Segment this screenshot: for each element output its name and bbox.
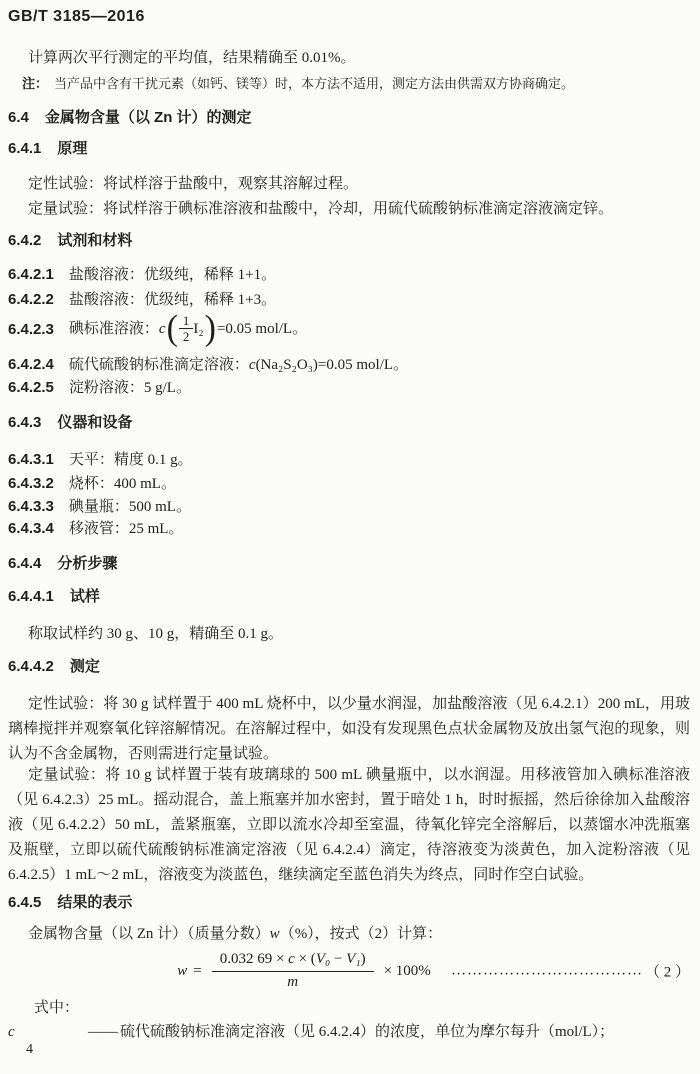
clause-6-4-3-4: 6.4.3.4移液管：25 mL。 — [8, 518, 690, 540]
standard-document-page: { "header": { "doc_code": "GB/T 3185—201… — [0, 0, 700, 1074]
section-number: 6.4.5 — [8, 894, 41, 911]
section-title: 金属物含量（以 Zn 计）的测定 — [45, 109, 252, 126]
note-label: 注： — [22, 76, 48, 91]
clause-number: 6.4.3.1 — [8, 451, 54, 468]
where-label: 式中： — [8, 996, 690, 1017]
clause-text: 移液管：25 mL。 — [69, 521, 184, 537]
section-number: 6.4.4.2 — [8, 658, 54, 675]
equation-number: （ 2 ） — [645, 961, 690, 982]
section-title: 分析步骤 — [57, 555, 117, 572]
numerator-coefficient: 0.032 69 × — [220, 951, 288, 967]
variable-symbol: c — [8, 1024, 88, 1041]
clause-6-4-3-3: 6.4.3.3碘量瓶：500 mL。 — [8, 496, 690, 518]
equation-reference: ………………………………（ 2 ） — [451, 961, 690, 982]
result-intro-pre: 金属物含量（以 Zn 计）（质量分数） — [28, 926, 270, 942]
section-number: 6.4.4.1 — [8, 588, 54, 605]
qualitative-test-paragraph: 定性试验：将 30 g 试样置于 400 mL 烧杯中，以少量水润湿，加盐酸溶液… — [8, 692, 690, 767]
clause-number: 6.4.3.3 — [8, 498, 54, 515]
section-number: 6.4.2 — [8, 232, 41, 249]
doc-code: GB/T 3185—2016 — [8, 8, 690, 26]
clause-number: 6.4.2.5 — [8, 379, 54, 396]
variable-definition-c: c——硫代硫酸钠标准滴定溶液（见 6.4.2.4）的浓度，单位为摩尔每升（mol… — [8, 1020, 690, 1041]
section-heading-6-4-5: 6.4.5结果的表示 — [8, 893, 690, 913]
section-title: 结果的表示 — [57, 894, 132, 911]
numerator-v1: V₁ — [346, 951, 360, 967]
formula-2: w = 0.032 69 × c × (V₀ − V₁) m × 100% ……… — [8, 948, 690, 994]
concentration-symbol: c — [249, 357, 256, 373]
clause-number: 6.4.2.3 — [8, 319, 54, 340]
principle-qualitative: 定性试验：将试样溶于盐酸中，观察其溶解过程。 — [8, 172, 690, 197]
clause-text: 盐酸溶液：优级纯，稀释 1+1。 — [69, 267, 276, 283]
iodine-species: I₂ — [193, 319, 203, 340]
concentration-symbol: c — [159, 319, 166, 340]
section-title: 试剂和材料 — [57, 232, 132, 249]
clause-number: 6.4.2.4 — [8, 356, 54, 373]
quantitative-test-paragraph: 定量试验：将 10 g 试样置于装有玻璃球的 500 mL 碘量瓶中，以水润湿。… — [8, 763, 690, 888]
page-number: 4 — [26, 1042, 66, 1058]
formula-numerator: 0.032 69 × c × (V₀ − V₁) — [212, 951, 374, 972]
clause-text: 硫代硫酸钠标准滴定溶液： — [69, 357, 249, 373]
clause-text: 盐酸溶液：优级纯，稀释 1+3。 — [69, 292, 276, 308]
section-heading-6-4: 6.4金属物含量（以 Zn 计）的测定 — [8, 108, 690, 128]
clause-text: 烧杯：400 mL。 — [69, 476, 176, 492]
section-number: 6.4.4 — [8, 555, 41, 572]
section-title: 试样 — [70, 588, 100, 605]
clause-text: 淀粉溶液：5 g/L。 — [69, 380, 191, 396]
sample-paragraph: 称取试样约 30 g、10 g，精确至 0.1 g。 — [8, 622, 690, 647]
clause-6-4-3-2: 6.4.3.2烧杯：400 mL。 — [8, 473, 690, 495]
clause-6-4-2-4: 6.4.2.4硫代硫酸钠标准滴定溶液：c(Na₂S₂O₃)=0.05 mol/L… — [8, 354, 690, 376]
fraction-numerator: 1 — [179, 314, 194, 329]
concentration-value: =0.05 mol/L — [217, 319, 292, 340]
equals-sign: = — [193, 963, 201, 980]
formula-lhs: w — [177, 963, 187, 980]
clause-6-4-2-3: 6.4.2.3碘标准溶液：c(12I₂)=0.05 mol/L。 — [8, 307, 690, 351]
definition-dash: —— — [88, 1024, 118, 1041]
clause-number: 6.4.2.1 — [8, 266, 54, 283]
clause-number: 6.4.2.2 — [8, 291, 54, 308]
dot-leader: ……………………………… — [451, 963, 643, 980]
note-text: 当产品中含有干扰元素（如钙、镁等）时，本方法不适用，测定方法由供需双方协商确定。 — [54, 76, 574, 91]
clause-text: 天平：精度 0.1 g。 — [69, 452, 193, 468]
section-title: 仪器和设备 — [57, 414, 132, 431]
numerator-times: × ( — [295, 951, 316, 967]
section-heading-6-4-4-1: 6.4.4.1试样 — [8, 587, 690, 607]
result-intro-paragraph: 金属物含量（以 Zn 计）（质量分数）w（%），按式（2）计算： — [8, 922, 690, 947]
result-intro-post: （%），按式（2）计算： — [280, 926, 443, 942]
clause-6-4-3-1: 6.4.3.1天平：精度 0.1 g。 — [8, 449, 690, 471]
concentration-value: (Na₂S₂O₃)=0.05 mol/L。 — [256, 357, 408, 373]
formula-math: w = 0.032 69 × c × (V₀ − V₁) m × 100% — [177, 951, 431, 991]
fraction-denominator: 2 — [183, 329, 190, 344]
close-paren: ) — [205, 311, 216, 347]
section-heading-6-4-2: 6.4.2试剂和材料 — [8, 231, 690, 251]
clause-6-4-2-5: 6.4.2.5淀粉溶液：5 g/L。 — [8, 377, 690, 399]
numerator-minus: − — [330, 951, 346, 967]
clause-6-4-2-1: 6.4.2.1盐酸溶液：优级纯，稀释 1+1。 — [8, 264, 690, 286]
one-half-fraction: 12 — [179, 314, 194, 344]
variable-description: 硫代硫酸钠标准滴定溶液（见 6.4.2.4）的浓度，单位为摩尔每升（mol/L）… — [120, 1020, 614, 1041]
section-heading-6-4-4-2: 6.4.4.2测定 — [8, 657, 690, 677]
clause-number: 6.4.3.4 — [8, 520, 54, 537]
clause-text: 碘标准溶液： — [69, 319, 159, 340]
open-paren: ( — [167, 311, 178, 347]
numerator-v0: V₀ — [316, 951, 330, 967]
period: 。 — [292, 319, 307, 340]
section-number: 6.4 — [8, 109, 29, 126]
section-heading-6-4-4: 6.4.4分析步骤 — [8, 554, 690, 574]
intro-paragraph: 计算两次平行测定的平均值，结果精确至 0.01%。 — [8, 46, 690, 71]
section-title: 原理 — [57, 140, 87, 157]
formula-fraction: 0.032 69 × c × (V₀ − V₁) m — [212, 951, 374, 991]
clause-number: 6.4.3.2 — [8, 475, 54, 492]
numerator-c: c — [288, 951, 295, 967]
times-100-percent: × 100% — [384, 963, 431, 980]
numerator-close: ) — [361, 951, 366, 967]
clause-text: 碘量瓶：500 mL。 — [69, 499, 191, 515]
mass-fraction-symbol: w — [270, 926, 280, 942]
principle-quantitative: 定量试验：将试样溶于碘标准溶液和盐酸中，冷却，用硫代硫酸钠标准滴定溶液滴定锌。 — [8, 197, 690, 222]
section-number: 6.4.1 — [8, 140, 41, 157]
section-heading-6-4-1: 6.4.1原理 — [8, 139, 690, 159]
note: 注：当产品中含有干扰元素（如钙、镁等）时，本方法不适用，测定方法由供需双方协商确… — [8, 74, 690, 94]
section-title: 测定 — [70, 658, 100, 675]
formula-denominator: m — [287, 972, 298, 991]
section-heading-6-4-3: 6.4.3仪器和设备 — [8, 413, 690, 433]
section-number: 6.4.3 — [8, 414, 41, 431]
